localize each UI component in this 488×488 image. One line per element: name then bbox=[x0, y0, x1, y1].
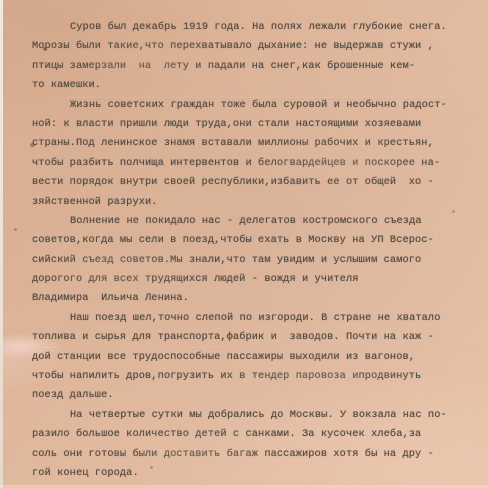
text-line: советов,когда мы сели в поезд,чтобы ехат… bbox=[32, 231, 462, 250]
text-line: гой конец города. bbox=[32, 464, 462, 483]
text-line: соль они готовы были доставить багаж пас… bbox=[32, 445, 462, 464]
text-line: чтобы разбить полчища интервентов и бело… bbox=[32, 154, 462, 173]
text-line: Суров был декабрь 1919 года. На полях ле… bbox=[32, 18, 462, 37]
text-line: Жизнь советских граждан тоже была сурово… bbox=[32, 96, 462, 115]
text-line: поезд дальше. bbox=[32, 386, 462, 405]
text-line: Морозы были такие,что перехватывало дыха… bbox=[32, 37, 462, 56]
text-line: На четвертые сутки мы добрались до Москв… bbox=[32, 406, 462, 425]
text-line: разило большое количество детей с санкам… bbox=[32, 425, 462, 444]
text-line: то камешки. bbox=[32, 76, 462, 95]
text-line: вести порядок внутри своей республики,из… bbox=[32, 173, 462, 192]
text-line: топлива и сырья для транспорта,фабрик и … bbox=[32, 328, 462, 347]
text-line: Наш поезд шел,точно слепой по изгороди. … bbox=[32, 309, 462, 328]
document-text: Суров был декабрь 1919 года. На полях ле… bbox=[32, 18, 462, 483]
scan-edge-left bbox=[0, 0, 3, 488]
text-line: ной: к власти пришли люди труда,они стал… bbox=[32, 115, 462, 134]
text-line: дорогого для всех трудящихся людей - вож… bbox=[32, 270, 462, 289]
text-line: страны.Под ленинское знамя вставали милл… bbox=[32, 134, 462, 153]
text-line: Владимира Ильича Ленина. bbox=[32, 289, 462, 308]
text-line: дой станции все трудоспособные пассажиры… bbox=[32, 348, 462, 367]
text-line: сийский съезд советов.Мы знали,что там у… bbox=[32, 251, 462, 270]
text-line: зяйственной разрухи. bbox=[32, 193, 462, 212]
paper-speck bbox=[14, 228, 17, 231]
text-line: птицы замерзали на лету и падали на снег… bbox=[32, 57, 462, 76]
scanned-document-page: Суров был декабрь 1919 года. На полях ле… bbox=[0, 0, 488, 488]
text-line: Волнение не покидало нас - делегатов кос… bbox=[32, 212, 462, 231]
text-line: чтобы напилить дров,погрузить их в тенде… bbox=[32, 367, 462, 386]
